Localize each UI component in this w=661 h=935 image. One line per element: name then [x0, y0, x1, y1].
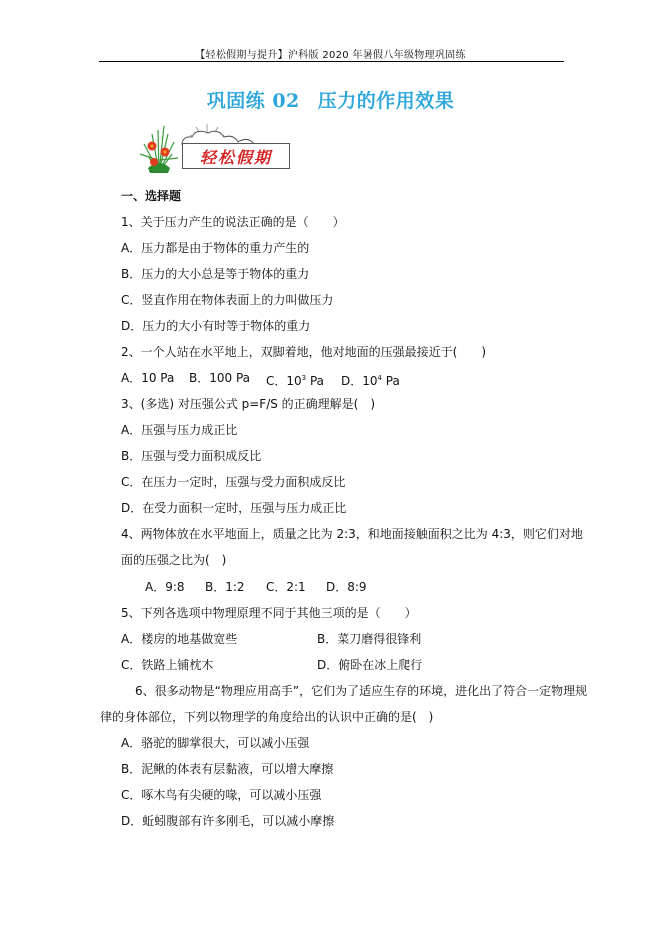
title-topic: 压力的作用效果 — [318, 90, 455, 112]
page-header: 【轻松假期与提升】沪科版 2020 年暑假八年级物理巩固练 — [0, 46, 661, 61]
question-6-option-a: A．骆驼的脚掌很大，可以减小压强 — [121, 735, 309, 751]
question-3-stem: 3、(多选) 对压强公式 p=F/S 的正确理解是( ) — [121, 396, 375, 412]
question-4-option-d: D．8:9 — [326, 579, 367, 595]
option-d-unit: Pa — [382, 374, 400, 388]
question-6-option-d: D．蚯蚓腹部有许多刚毛，可以减小摩擦 — [121, 813, 334, 829]
question-6-stem-line2: 律的身体部位，下列以物理学的角度给出的认识中正确的是( ) — [100, 709, 433, 725]
holiday-banner: 轻松假期 — [134, 120, 294, 175]
title-number: 巩固练 02 — [207, 90, 300, 112]
header-divider — [99, 61, 564, 62]
question-4-option-b: B．1:2 — [205, 579, 245, 595]
question-6-option-b: B．泥鳅的体表有层黏液，可以增大摩擦 — [121, 761, 333, 777]
question-1-option-b: B．压力的大小总是等于物体的重力 — [121, 266, 309, 282]
question-2-option-c: C．103 Pa — [266, 370, 324, 389]
question-1-option-d: D．压力的大小有时等于物体的重力 — [121, 318, 310, 334]
option-c-unit: Pa — [306, 374, 324, 388]
question-1-option-c: C．竖直作用在物体表面上的力叫做压力 — [121, 292, 333, 308]
question-1-option-a: A．压力都是由于物体的重力产生的 — [121, 240, 309, 256]
question-1-stem: 1、关于压力产生的说法正确的是（ ） — [121, 214, 345, 230]
question-5-stem: 5、下列各选项中物理原理不同于其他三项的是（ ） — [121, 605, 417, 621]
question-4-option-c: C．2:1 — [266, 579, 306, 595]
question-6-option-c: C．啄木鸟有尖硬的喙，可以减小压强 — [121, 787, 321, 803]
question-3-option-b: B．压强与受力面积成反比 — [121, 448, 261, 464]
question-2-option-d: D．104 Pa — [341, 370, 400, 389]
question-2-stem: 2、一个人站在水平地上，双脚着地，他对地面的压强最接近于( ) — [121, 344, 486, 360]
question-3-option-d: D．在受力面积一定时，压强与压力成正比 — [121, 500, 346, 516]
question-3-option-c: C．在压力一定时，压强与受力面积成反比 — [121, 474, 345, 490]
question-4-option-a: A．9:8 — [145, 579, 185, 595]
page-title: 巩固练 02压力的作用效果 — [0, 86, 661, 113]
section-heading: 一、选择题 — [121, 188, 181, 204]
question-2-option-a: A．10 Pa — [121, 370, 174, 386]
option-c-base: C．10 — [266, 374, 302, 388]
question-4-stem-line2: 面的压强之比为( ) — [121, 552, 226, 568]
question-2-option-b: B．100 Pa — [189, 370, 250, 386]
banner-label: 轻松假期 — [186, 145, 286, 168]
question-5-option-c: C．铁路上铺枕木 — [121, 657, 213, 673]
question-5-option-b: B．菜刀磨得很锋利 — [317, 631, 421, 647]
question-5-option-a: A．楼房的地基做宽些 — [121, 631, 237, 647]
question-5-option-d: D．俯卧在冰上爬行 — [317, 657, 422, 673]
flower-plant-icon — [134, 120, 184, 175]
option-d-base: D．10 — [341, 374, 378, 388]
question-4-stem-line1: 4、两物体放在水平地面上，质量之比为 2:3，和地面接触面积之比为 4:3，则它… — [121, 526, 583, 542]
question-6-stem-line1: 6、很多动物是“物理应用高手”，它们为了适应生存的环境，进化出了符合一定物理规 — [135, 683, 587, 699]
question-3-option-a: A．压强与压力成正比 — [121, 422, 237, 438]
